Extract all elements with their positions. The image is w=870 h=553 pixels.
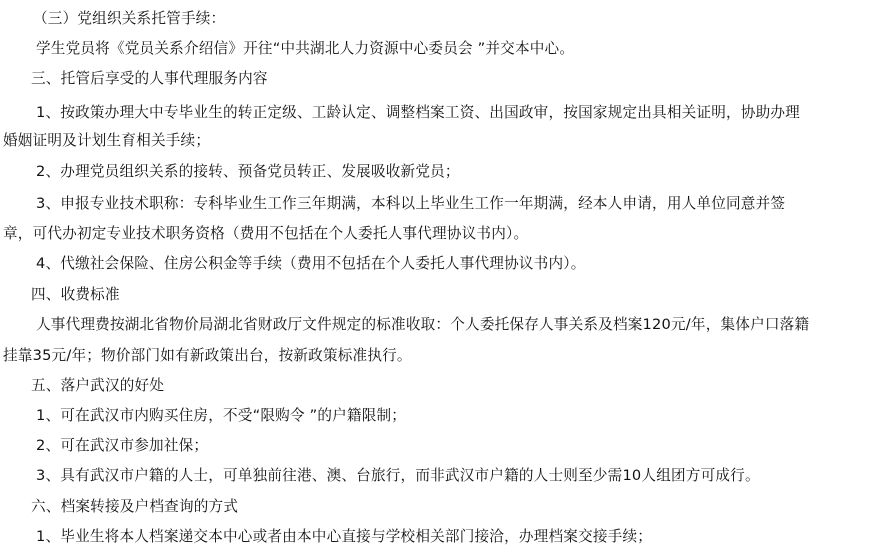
paragraph-party-member-letter: 学生党员将《党员关系介绍信》开往“中共湖北人力资源中心委员会 ”并交本中心。 [36, 34, 574, 64]
list-item-services-3-continuation: 章，可代办初定专业技术职务资格（费用不包括在个人委托人事代理协议书内）。 [3, 219, 528, 249]
paragraph-fee-standard-continuation: 挂靠35元/年；物价部门如有新政策出台，按新政策标准执行。 [3, 341, 412, 371]
list-item-benefits-3: 3、具有武汉市户籍的人士，可单独前往港、澳、台旅行，而非武汉市户籍的人士则至少需… [36, 461, 760, 491]
paragraph-fee-standard: 人事代理费按湖北省物价局湖北省财政厅文件规定的标准收取：个人委托保存人事关系及档… [36, 310, 809, 340]
list-item-archive-1: 1、毕业生将本人档案递交本中心或者由本中心直接与学校相关部门接洽，办理档案交接手… [36, 522, 652, 552]
heading-section-3-services: 三、托管后享受的人事代理服务内容 [31, 64, 268, 94]
list-item-services-4: 4、代缴社会保险、住房公积金等手续（费用不包括在个人委托人事代理协议书内）。 [36, 249, 586, 279]
heading-section-5-benefits: 五、落户武汉的好处 [31, 371, 164, 401]
list-item-services-1-continuation: 婚姻证明及计划生育相关手续； [3, 126, 210, 156]
list-item-services-2: 2、办理党员组织关系的接转、预备党员转正、发展吸收新党员； [36, 157, 460, 187]
list-item-services-3: 3、申报专业技术职称：专科毕业生工作三年期满，本科以上毕业生工作一年期满，经本人… [36, 189, 785, 219]
list-item-benefits-2: 2、可在武汉市参加社保； [36, 431, 208, 461]
heading-section-6-archive-transfer: 六、档案转接及户档查询的方式 [31, 492, 238, 522]
heading-section-4-fees: 四、收费标准 [31, 280, 120, 310]
subheading-party-organization-transfer: （三）党组织关系托管手续： [33, 4, 225, 34]
list-item-benefits-1: 1、可在武汉市内购买住房，不受“限购令 ”的户籍限制； [36, 401, 406, 431]
list-item-services-1: 1、按政策办理大中专毕业生的转正定级、工龄认定、调整档案工资、出国政审，按国家规… [36, 98, 800, 128]
